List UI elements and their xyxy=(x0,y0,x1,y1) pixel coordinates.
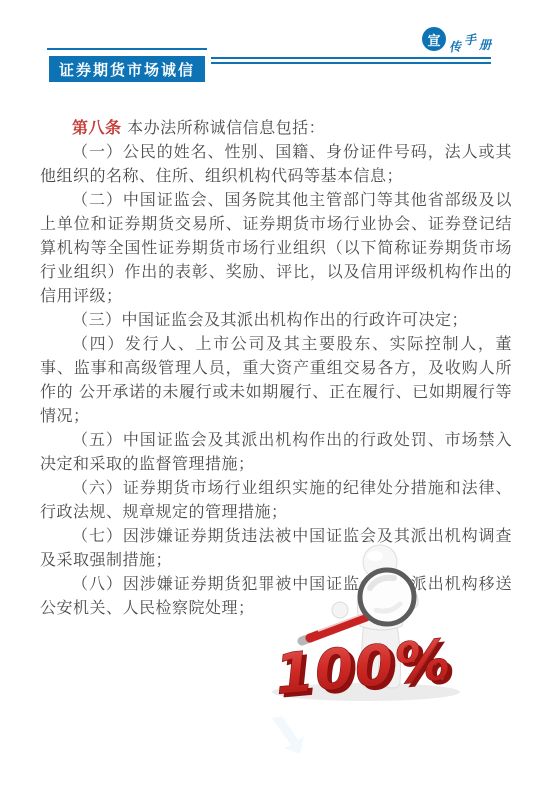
header-double-line-bottom xyxy=(211,62,491,64)
article-item-1: （一）公民的姓名、性别、国籍、身份证件号码，法人或其他组织的名称、住所、组织机构… xyxy=(40,140,512,188)
figure-left-hand xyxy=(332,602,348,618)
header-top-rule xyxy=(47,48,207,50)
logo-script-char-3: 册 xyxy=(479,36,491,53)
logo-circle-icon: 宣 xyxy=(422,27,446,51)
logo-script-char-2: 手 xyxy=(463,31,476,49)
article-item-2: （二）中国证监会、国务院其他主管部门等其他省部级及以上单位和证券期货交易所、证券… xyxy=(40,188,512,308)
logo-circle-char: 宣 xyxy=(427,30,440,49)
document-page: 证券期货市场诚信 宣 传 手 册 第八条本办法所称诚信信息包括： （一）公民的姓… xyxy=(0,0,552,790)
article-intro: 本办法所称诚信信息包括： xyxy=(127,118,325,137)
section-title-banner: 证券期货市场诚信 xyxy=(49,56,205,82)
watermark-arrow-icon xyxy=(268,714,308,758)
head-highlight xyxy=(367,551,383,561)
article-item-6: （六）证券期货市场行业组织实施的纪律处分措施和法律、行政法规、规章规定的管理措施… xyxy=(40,476,512,524)
magnifier-figure-illustration: 100% 100% xyxy=(266,540,470,706)
article-item-5: （五）中国证监会及其派出机构作出的行政处罚、市场禁入决定和采取的监督管理措施； xyxy=(40,428,512,476)
article-item-3: （三）中国证监会及其派出机构作出的行政许可决定； xyxy=(40,308,512,332)
brand-logo: 宣 传 手 册 xyxy=(422,27,512,55)
section-title: 证券期货市场诚信 xyxy=(59,59,195,80)
header-double-line-top xyxy=(211,57,491,59)
article-number: 第八条 xyxy=(72,118,122,137)
logo-script-char-1: 传 xyxy=(448,37,462,55)
article-item-4: （四）发行人、上市公司及其主要股东、实际控制人，董事、监事和高级管理人员，重大资… xyxy=(40,332,512,428)
article-heading-line: 第八条本办法所称诚信信息包括： xyxy=(40,116,512,140)
